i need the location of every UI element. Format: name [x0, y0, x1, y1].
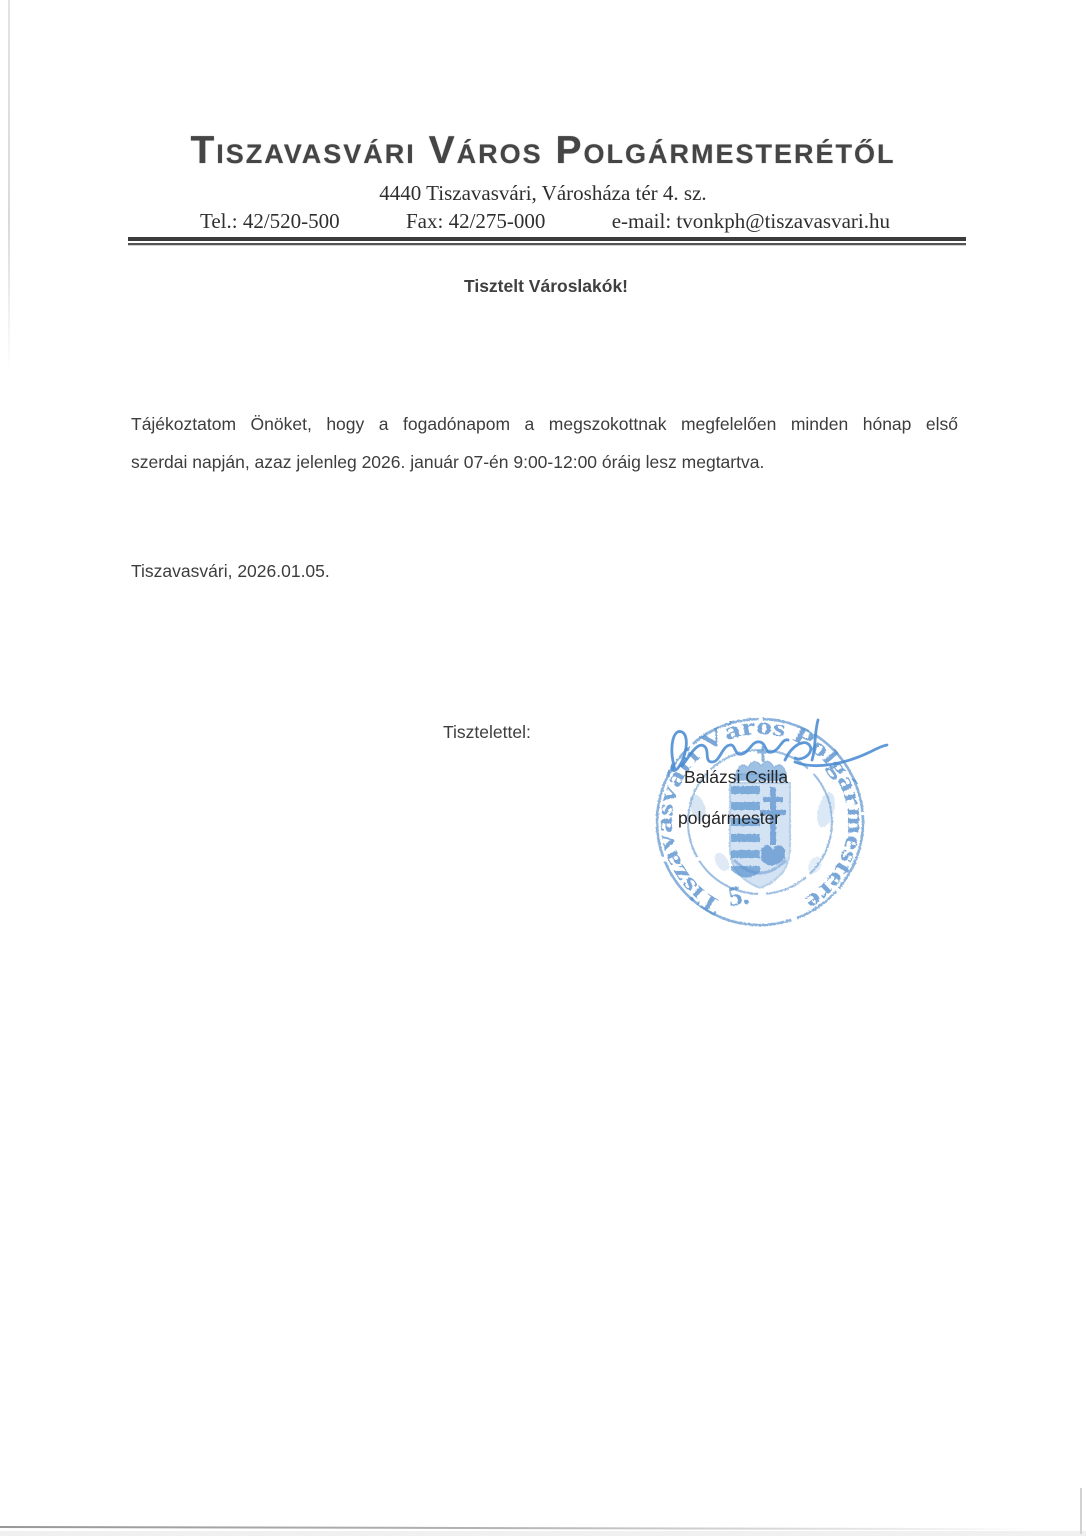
letterhead-divider-rule — [128, 237, 966, 245]
scan-artifact-bottom-line — [0, 1526, 1086, 1530]
letterhead-contact-row: Tel.: 42/520-500 Fax: 42/275-000 e-mail:… — [200, 209, 890, 234]
letterhead-tel: Tel.: 42/520-500 — [200, 209, 340, 234]
stamp-number: 5. — [726, 880, 751, 914]
letterhead-email: e-mail: tvonkph@tiszavasvari.hu — [612, 209, 890, 234]
scan-artifact-right-mark — [1080, 1488, 1082, 1534]
salutation: Tisztelt Városlakók! — [0, 276, 1086, 297]
scanned-letter-page: Tiszavasvári Város Polgármesterétől 4440… — [0, 0, 1086, 1536]
letterhead-address: 4440 Tiszavasvári, Városháza tér 4. sz. — [0, 181, 1086, 206]
signer-name: Balázsi Csilla — [684, 767, 788, 788]
scan-artifact-bottom-strip — [0, 1531, 1086, 1536]
body-paragraph-line-1: Tájékoztatom Önöket, hogy a fogadónapom … — [131, 414, 958, 435]
closing-phrase: Tisztelettel: — [443, 722, 531, 743]
body-paragraph-line-2: szerdai napján, azaz jelenleg 2026. janu… — [131, 452, 958, 473]
signer-title: polgármester — [678, 808, 780, 829]
place-and-date: Tiszavasvári, 2026.01.05. — [131, 561, 330, 582]
letterhead-fax: Fax: 42/275-000 — [406, 209, 545, 234]
scan-artifact-left-line — [8, 0, 10, 372]
letterhead-title: Tiszavasvári Város Polgármesterétől — [0, 129, 1086, 173]
